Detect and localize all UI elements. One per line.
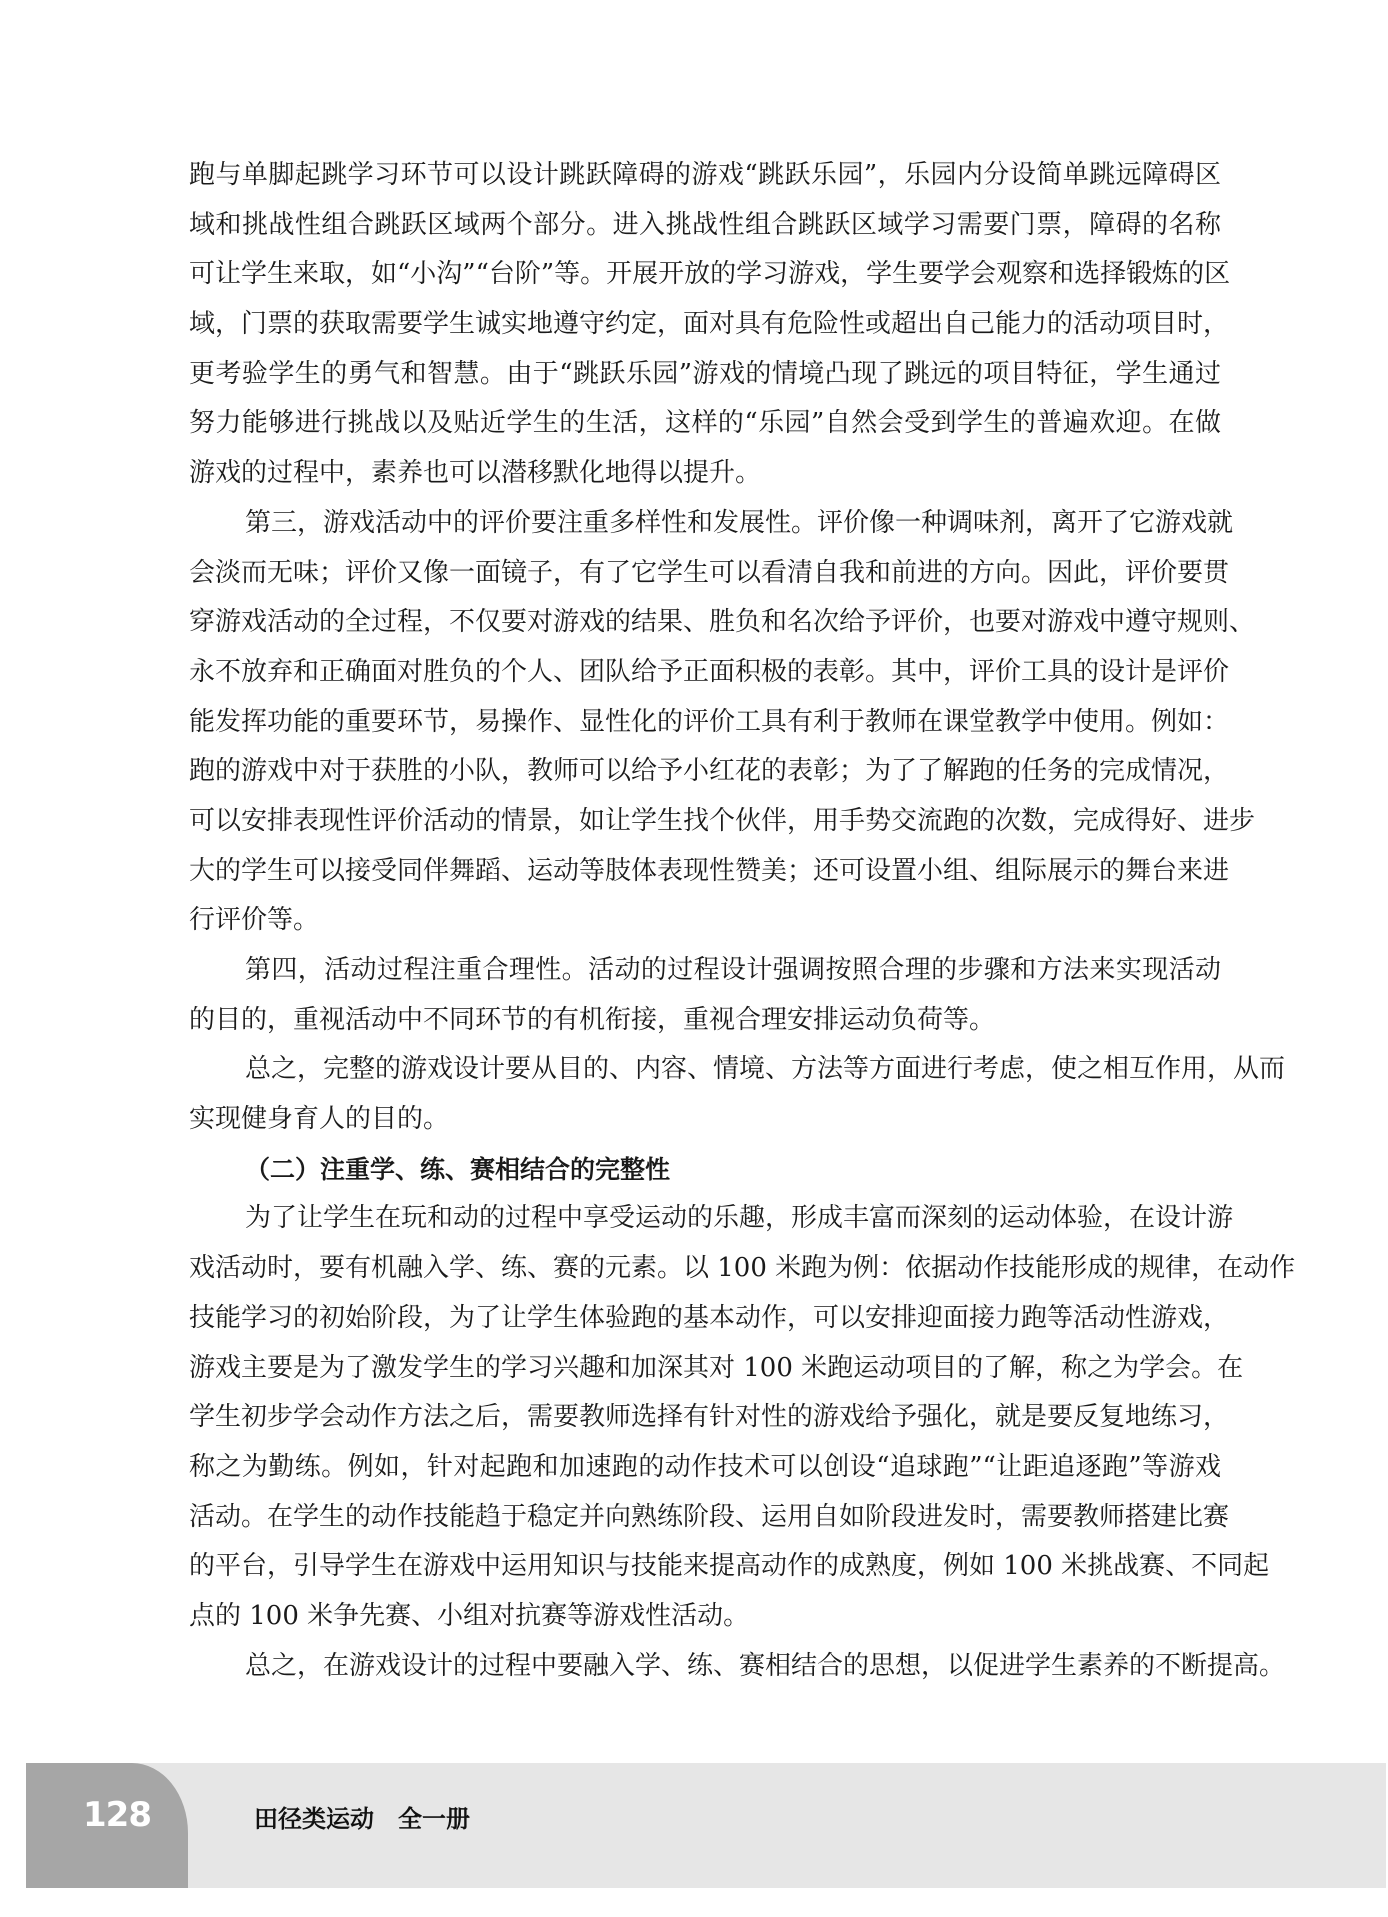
paragraph-start-line: 总之，完整的游戏设计要从目的、内容、情境、方法等方面进行考虑，使之相互作用，从而 [189, 1045, 1221, 1095]
text-line: 更考验学生的勇气和智慧。由于“跳跃乐园”游戏的情境凸现了跳远的项目特征，学生通过 [189, 350, 1221, 400]
text-line: 活动。在学生的动作技能趋于稳定并向熟练阶段、运用自如阶段进发时，需要教师搭建比赛 [189, 1493, 1221, 1543]
text-line: 域，门票的获取需要学生诚实地遵守约定，面对具有危险性或超出自己能力的活动项目时， [189, 300, 1221, 350]
text-line: 游戏的过程中，素养也可以潜移默化地得以提升。 [189, 449, 1221, 499]
footer-band [26, 1763, 1386, 1888]
book-title: 田径类运动 全一册 [254, 1799, 470, 1834]
paragraph-start-line: 第四，活动过程注重合理性。活动的过程设计强调按照合理的步骤和方法来实现活动 [189, 946, 1221, 996]
text-line: 域和挑战性组合跳跃区域两个部分。进入挑战性组合跳跃区域学习需要门票，障碍的名称 [189, 201, 1221, 251]
text-line: 点的 100 米争先赛、小组对抗赛等游戏性活动。 [189, 1592, 1221, 1642]
text-line: 戏活动时，要有机融入学、练、赛的元素。以 100 米跑为例：依据动作技能形成的规… [189, 1244, 1221, 1294]
text-line: 穿游戏活动的全过程，不仅要对游戏的结果、胜负和名次给予评价，也要对游戏中遵守规则… [189, 598, 1221, 648]
text-line: 跑与单脚起跳学习环节可以设计跳跃障碍的游戏“跳跃乐园”，乐园内分设简单跳远障碍区 [189, 151, 1221, 201]
section-heading: （二）注重学、练、赛相结合的完整性 [189, 1145, 1221, 1195]
text-line: 行评价等。 [189, 896, 1221, 946]
text-line: 技能学习的初始阶段，为了让学生体验跑的基本动作，可以安排迎面接力跑等活动性游戏， [189, 1294, 1221, 1344]
paragraph-start-line: 总之，在游戏设计的过程中要融入学、练、赛相结合的思想，以促进学生素养的不断提高。 [189, 1642, 1221, 1692]
text-line: 努力能够进行挑战以及贴近学生的生活，这样的“乐园”自然会受到学生的普遍欢迎。在做 [189, 399, 1221, 449]
paragraph-start-line: 为了让学生在玩和动的过程中享受运动的乐趣，形成丰富而深刻的运动体验，在设计游 [189, 1194, 1221, 1244]
text-line: 能发挥功能的重要环节，易操作、显性化的评价工具有利于教师在课堂教学中使用。例如： [189, 698, 1221, 748]
paragraph-start-line: 第三，游戏活动中的评价要注重多样性和发展性。评价像一种调味剂，离开了它游戏就 [189, 499, 1221, 549]
text-line: 永不放弃和正确面对胜负的个人、团队给予正面积极的表彰。其中，评价工具的设计是评价 [189, 648, 1221, 698]
text-line: 可让学生来取，如“小沟”“台阶”等。开展开放的学习游戏，学生要学会观察和选择锻炼… [189, 250, 1221, 300]
text-line: 跑的游戏中对于获胜的小队，教师可以给予小红花的表彰；为了了解跑的任务的完成情况， [189, 747, 1221, 797]
text-line: 大的学生可以接受同伴舞蹈、运动等肢体表现性赞美；还可设置小组、组际展示的舞台来进 [189, 847, 1221, 897]
text-line: 学生初步学会动作方法之后，需要教师选择有针对性的游戏给予强化，就是要反复地练习， [189, 1393, 1221, 1443]
text-line: 称之为勤练。例如，针对起跑和加速跑的动作技术可以创设“追球跑”“让距追逐跑”等游… [189, 1443, 1221, 1493]
page-number: 128 [26, 1795, 208, 1835]
text-line: 的目的，重视活动中不同环节的有机衔接，重视合理安排运动负荷等。 [189, 996, 1221, 1046]
text-line: 会淡而无味；评价又像一面镜子，有了它学生可以看清自我和前进的方向。因此，评价要贯 [189, 549, 1221, 599]
text-line: 的平台，引导学生在游戏中运用知识与技能来提高动作的成熟度，例如 100 米挑战赛… [189, 1542, 1221, 1592]
text-line: 可以安排表现性评价活动的情景，如让学生找个伙伴，用手势交流跑的次数，完成得好、进… [189, 797, 1221, 847]
text-line: 实现健身育人的目的。 [189, 1095, 1221, 1145]
page-body: 跑与单脚起跳学习环节可以设计跳跃障碍的游戏“跳跃乐园”，乐园内分设简单跳远障碍区… [189, 151, 1221, 1691]
page-number-tab: 128 [26, 1763, 188, 1888]
text-line: 游戏主要是为了激发学生的学习兴趣和加深其对 100 米跑运动项目的了解，称之为学… [189, 1344, 1221, 1394]
